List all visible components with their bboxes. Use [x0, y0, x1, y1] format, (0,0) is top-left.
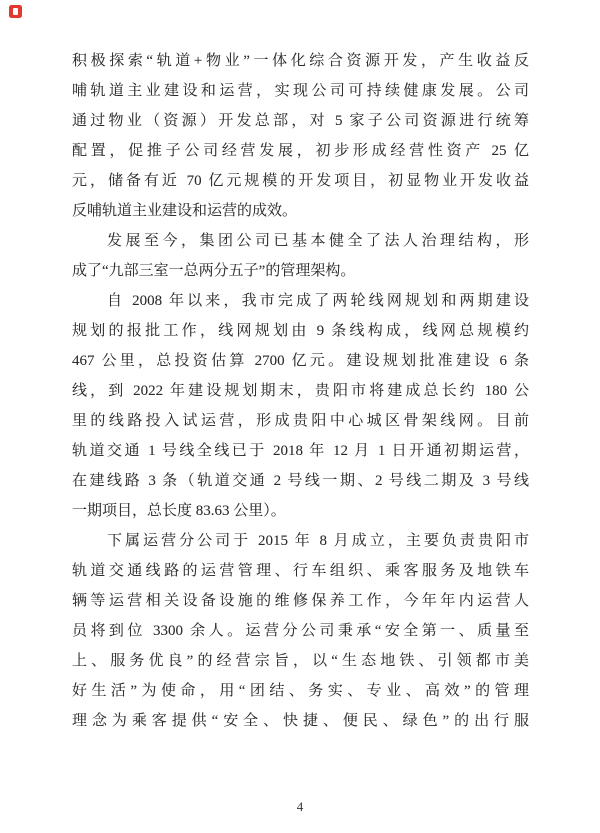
text-line: 成了“九部三室一总两分五子”的管理架构。 — [72, 256, 529, 286]
paragraph: 发展至今，集团公司已基本健全了法人治理结构，形 成了“九部三室一总两分五子”的管… — [72, 226, 529, 286]
paragraph: 下属运营分公司于 2015 年 8 月成立，主要负责贵阳市 轨道交通线路的运营管… — [72, 526, 529, 736]
page-number: 4 — [0, 799, 600, 815]
text-block: 积极探索“轨道+物业”一体化综合资源开发，产生收益反 哺轨道主业建设和运营，实现… — [72, 46, 529, 736]
text-line: 467 公里，总投资估算 2700 亿元。建设规划批准建设 6 条 — [72, 346, 529, 376]
text-line: 规划的报批工作，线网规划由 9 条线构成，线网总规模约 — [72, 316, 529, 346]
text-line: 理念为乘客提供“安全、快捷、便民、绿色”的出行服 — [72, 706, 529, 736]
text-line: 在建线路 3 条（轨道交通 2 号线一期、2 号线二期及 3 号线 — [72, 466, 529, 496]
text-line: 哺轨道主业建设和运营，实现公司可持续健康发展。公司 — [72, 76, 529, 106]
text-line: 配置，促推子公司经营发展，初步形成经营性资产 25 亿 — [72, 136, 529, 166]
text-line: 自 2008 年以来，我市完成了两轮线网规划和两期建设 — [72, 286, 529, 316]
text-line: 反哺轨道主业建设和运营的成效。 — [72, 196, 529, 226]
text-line: 轨道交通 1 号线全线已于 2018 年 12 月 1 日开通初期运营， — [72, 436, 529, 466]
document-page: 积极探索“轨道+物业”一体化综合资源开发，产生收益反 哺轨道主业建设和运营，实现… — [0, 0, 600, 833]
paragraph: 自 2008 年以来，我市完成了两轮线网规划和两期建设 规划的报批工作，线网规划… — [72, 286, 529, 526]
text-line: 一期项目，总长度 83.63 公里）。 — [72, 496, 529, 526]
text-line: 里的线路投入试运营，形成贵阳中心城区骨架线网。目前 — [72, 406, 529, 436]
text-line: 元，储备有近 70 亿元规模的开发项目，初显物业开发收益 — [72, 166, 529, 196]
text-line: 员将到位 3300 余人。运营分公司秉承“安全第一、质量至 — [72, 616, 529, 646]
text-line: 积极探索“轨道+物业”一体化综合资源开发，产生收益反 — [72, 46, 529, 76]
text-line: 线，到 2022 年建设规划期末，贵阳市将建成总长约 180 公 — [72, 376, 529, 406]
text-line: 轨道交通线路的运营管理、行车组织、乘客服务及地铁车 — [72, 556, 529, 586]
text-line: 辆等运营相关设备设施的维修保养工作，今年年内运营人 — [72, 586, 529, 616]
text-line: 下属运营分公司于 2015 年 8 月成立，主要负责贵阳市 — [72, 526, 529, 556]
text-line: 好生活”为使命，用“团结、务实、专业、高效”的管理 — [72, 676, 529, 706]
text-line: 通过物业（资源）开发总部，对 5 家子公司资源进行统筹 — [72, 106, 529, 136]
text-line: 发展至今，集团公司已基本健全了法人治理结构，形 — [72, 226, 529, 256]
paragraph: 积极探索“轨道+物业”一体化综合资源开发，产生收益反 哺轨道主业建设和运营，实现… — [72, 46, 529, 226]
text-line: 上、服务优良”的经营宗旨，以“生态地铁、引领都市美 — [72, 646, 529, 676]
red-stamp-icon — [9, 5, 22, 18]
